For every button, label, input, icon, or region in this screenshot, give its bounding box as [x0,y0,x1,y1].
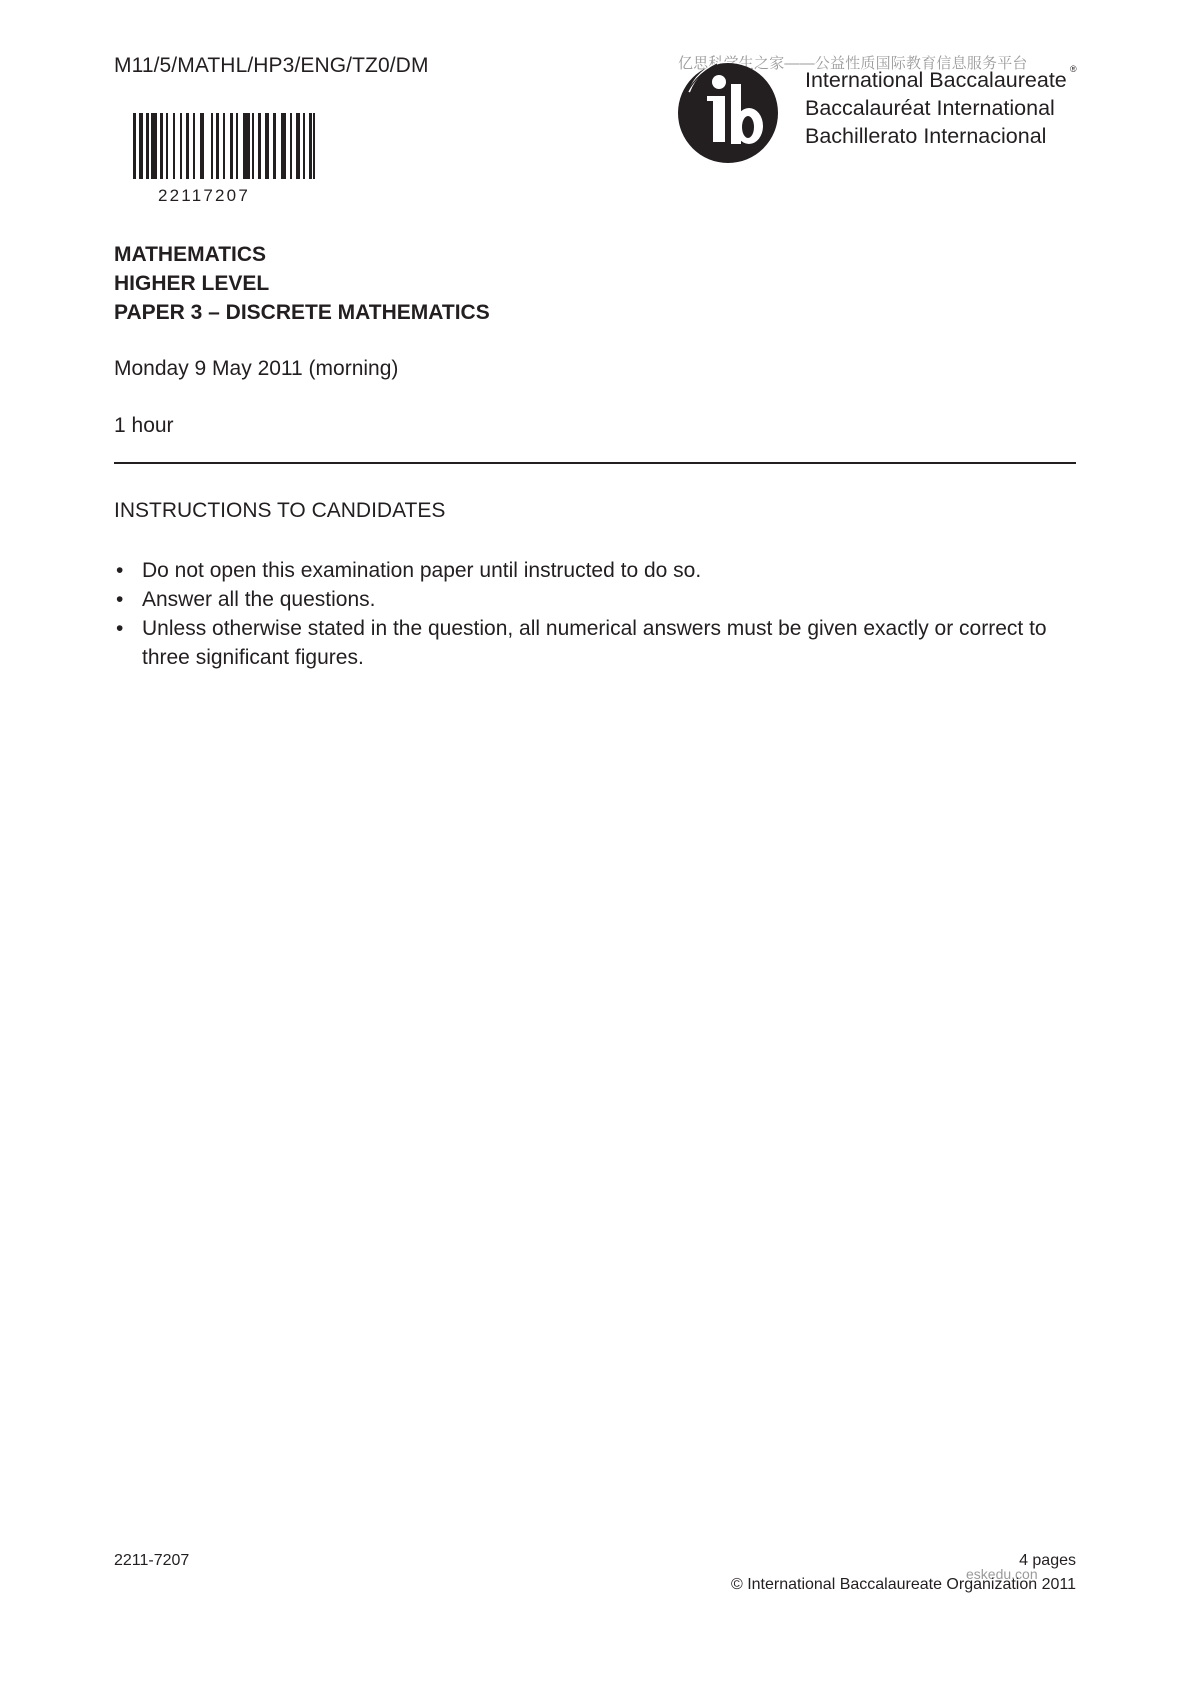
list-item: • Do not open this examination paper unt… [114,556,1076,585]
exam-date: Monday 9 May 2011 (morning) [114,357,398,381]
ib-logo-icon [675,58,785,168]
instructions-list: • Do not open this examination paper unt… [114,556,1076,672]
bullet-icon: • [116,556,123,585]
instruction-text: Answer all the questions. [142,588,375,611]
barcode-icon [133,113,315,179]
divider-rule [114,462,1076,464]
footer-code: 2211-7207 [114,1552,189,1570]
bullet-icon: • [116,614,123,643]
registered-mark: ® [1070,64,1077,74]
instructions-heading: INSTRUCTIONS TO CANDIDATES [114,499,445,523]
paper-title: PAPER 3 – DISCRETE MATHEMATICS [114,301,490,325]
level-title: HIGHER LEVEL [114,272,269,296]
logo-text-spanish: Bachillerato Internacional [805,124,1046,149]
logo-text-french: Baccalauréat International [805,96,1055,121]
subject-title: MATHEMATICS [114,243,266,267]
list-item: • Answer all the questions. [114,585,1076,614]
logo-text-english: International Baccalaureate [805,68,1067,93]
instruction-text: Unless otherwise stated in the question,… [142,617,1047,669]
barcode-number: 22117207 [158,186,250,206]
copyright-notice: © International Baccalaureate Organizati… [731,1576,1076,1594]
bullet-icon: • [116,585,123,614]
list-item: • Unless otherwise stated in the questio… [114,614,1076,672]
exam-duration: 1 hour [114,414,174,438]
paper-code: M11/5/MATHL/HP3/ENG/TZ0/DM [114,54,429,78]
instruction-text: Do not open this examination paper until… [142,559,701,582]
